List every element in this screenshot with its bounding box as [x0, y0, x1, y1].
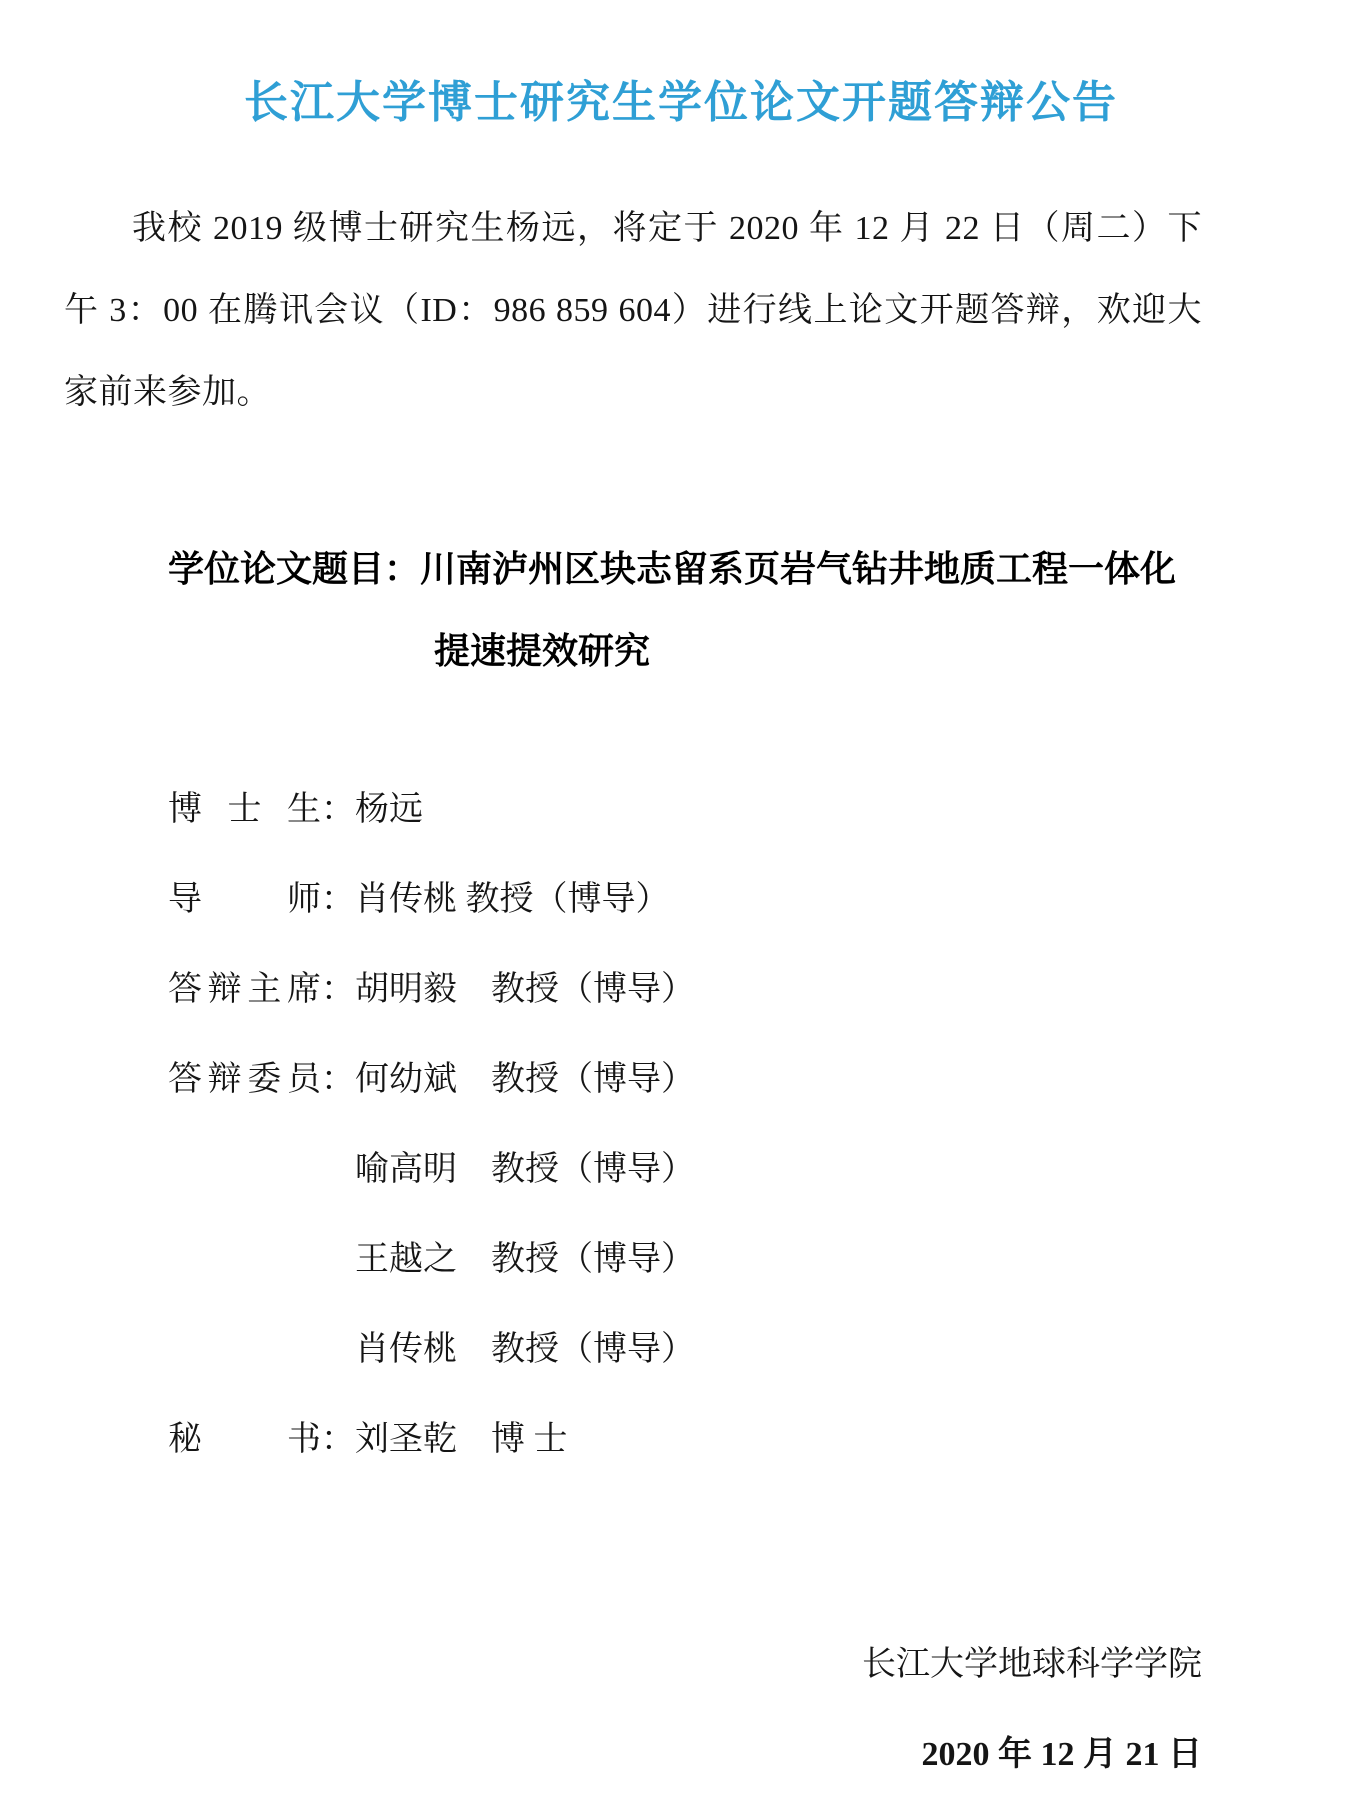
thesis-title-line2: 提速提效研究 — [434, 610, 1202, 692]
thesis-title-line1: 学位论文题目：川南泸州区块志留系页岩气钻井地质工程一体化 — [168, 528, 1202, 610]
document-title: 长江大学博士研究生学位论文开题答辩公告 — [0, 66, 1362, 130]
member-row-committee-member-1: 答辩委员：何幼斌 教授（博导） — [168, 1060, 1202, 1100]
thesis-title-text: 川南泸州区块志留系页岩气钻井地质工程一体化 — [420, 548, 1176, 589]
defense-members-list: 博士生：杨远 导师：肖传桃 教授（博导） 答辩主席：胡明毅 教授（博导） 答辩委… — [168, 790, 1202, 1460]
member-role-label: 导师 — [168, 880, 321, 920]
member-row-committee-member-4: 肖传桃 教授（博导） — [168, 1330, 1202, 1370]
member-row-supervisor: 导师：肖传桃 教授（博导） — [168, 880, 1202, 920]
announcement-document-page: 长江大学博士研究生学位论文开题答辩公告 我校 2019 级博士研究生杨远，将定于… — [0, 0, 1362, 1816]
member-row-committee-member-2: 喻高明 教授（博导） — [168, 1150, 1202, 1190]
member-value: ：胡明毅 教授（博导） — [321, 971, 695, 1008]
member-value: ：刘圣乾 博 士 — [321, 1421, 568, 1458]
member-value: 王越之 教授（博导） — [321, 1241, 695, 1278]
member-row-defense-chair: 答辩主席：胡明毅 教授（博导） — [168, 970, 1202, 1010]
member-value: 喻高明 教授（博导） — [321, 1151, 695, 1188]
announcement-paragraph: 我校 2019 级博士研究生杨远，将定于 2020 年 12 月 22 日（周二… — [64, 188, 1202, 434]
member-value: 肖传桃 教授（博导） — [321, 1331, 695, 1368]
document-footer: 长江大学地球科学学院 2020 年 12 月 21 日 — [64, 1645, 1202, 1775]
member-role-label: 博士生 — [168, 790, 321, 830]
member-role-label: 秘书 — [168, 1420, 321, 1460]
member-value: ：肖传桃 教授（博导） — [321, 881, 670, 918]
thesis-title-block: 学位论文题目：川南泸州区块志留系页岩气钻井地质工程一体化 提速提效研究 — [64, 528, 1202, 692]
signing-organization: 长江大学地球科学学院 — [64, 1645, 1202, 1685]
member-value: ：何幼斌 教授（博导） — [321, 1061, 695, 1098]
member-row-committee-member-3: 王越之 教授（博导） — [168, 1240, 1202, 1280]
signing-date: 2020 年 12 月 21 日 — [64, 1735, 1202, 1775]
member-value: ：杨远 — [321, 791, 423, 828]
member-row-secretary: 秘书：刘圣乾 博 士 — [168, 1420, 1202, 1460]
document-body: 我校 2019 级博士研究生杨远，将定于 2020 年 12 月 22 日（周二… — [0, 188, 1362, 1775]
thesis-title-label: 学位论文题目： — [168, 548, 420, 589]
member-role-label: 答辩委员 — [168, 1060, 321, 1100]
member-role-label: 答辩主席 — [168, 970, 321, 1010]
member-row-doctoral-student: 博士生：杨远 — [168, 790, 1202, 830]
